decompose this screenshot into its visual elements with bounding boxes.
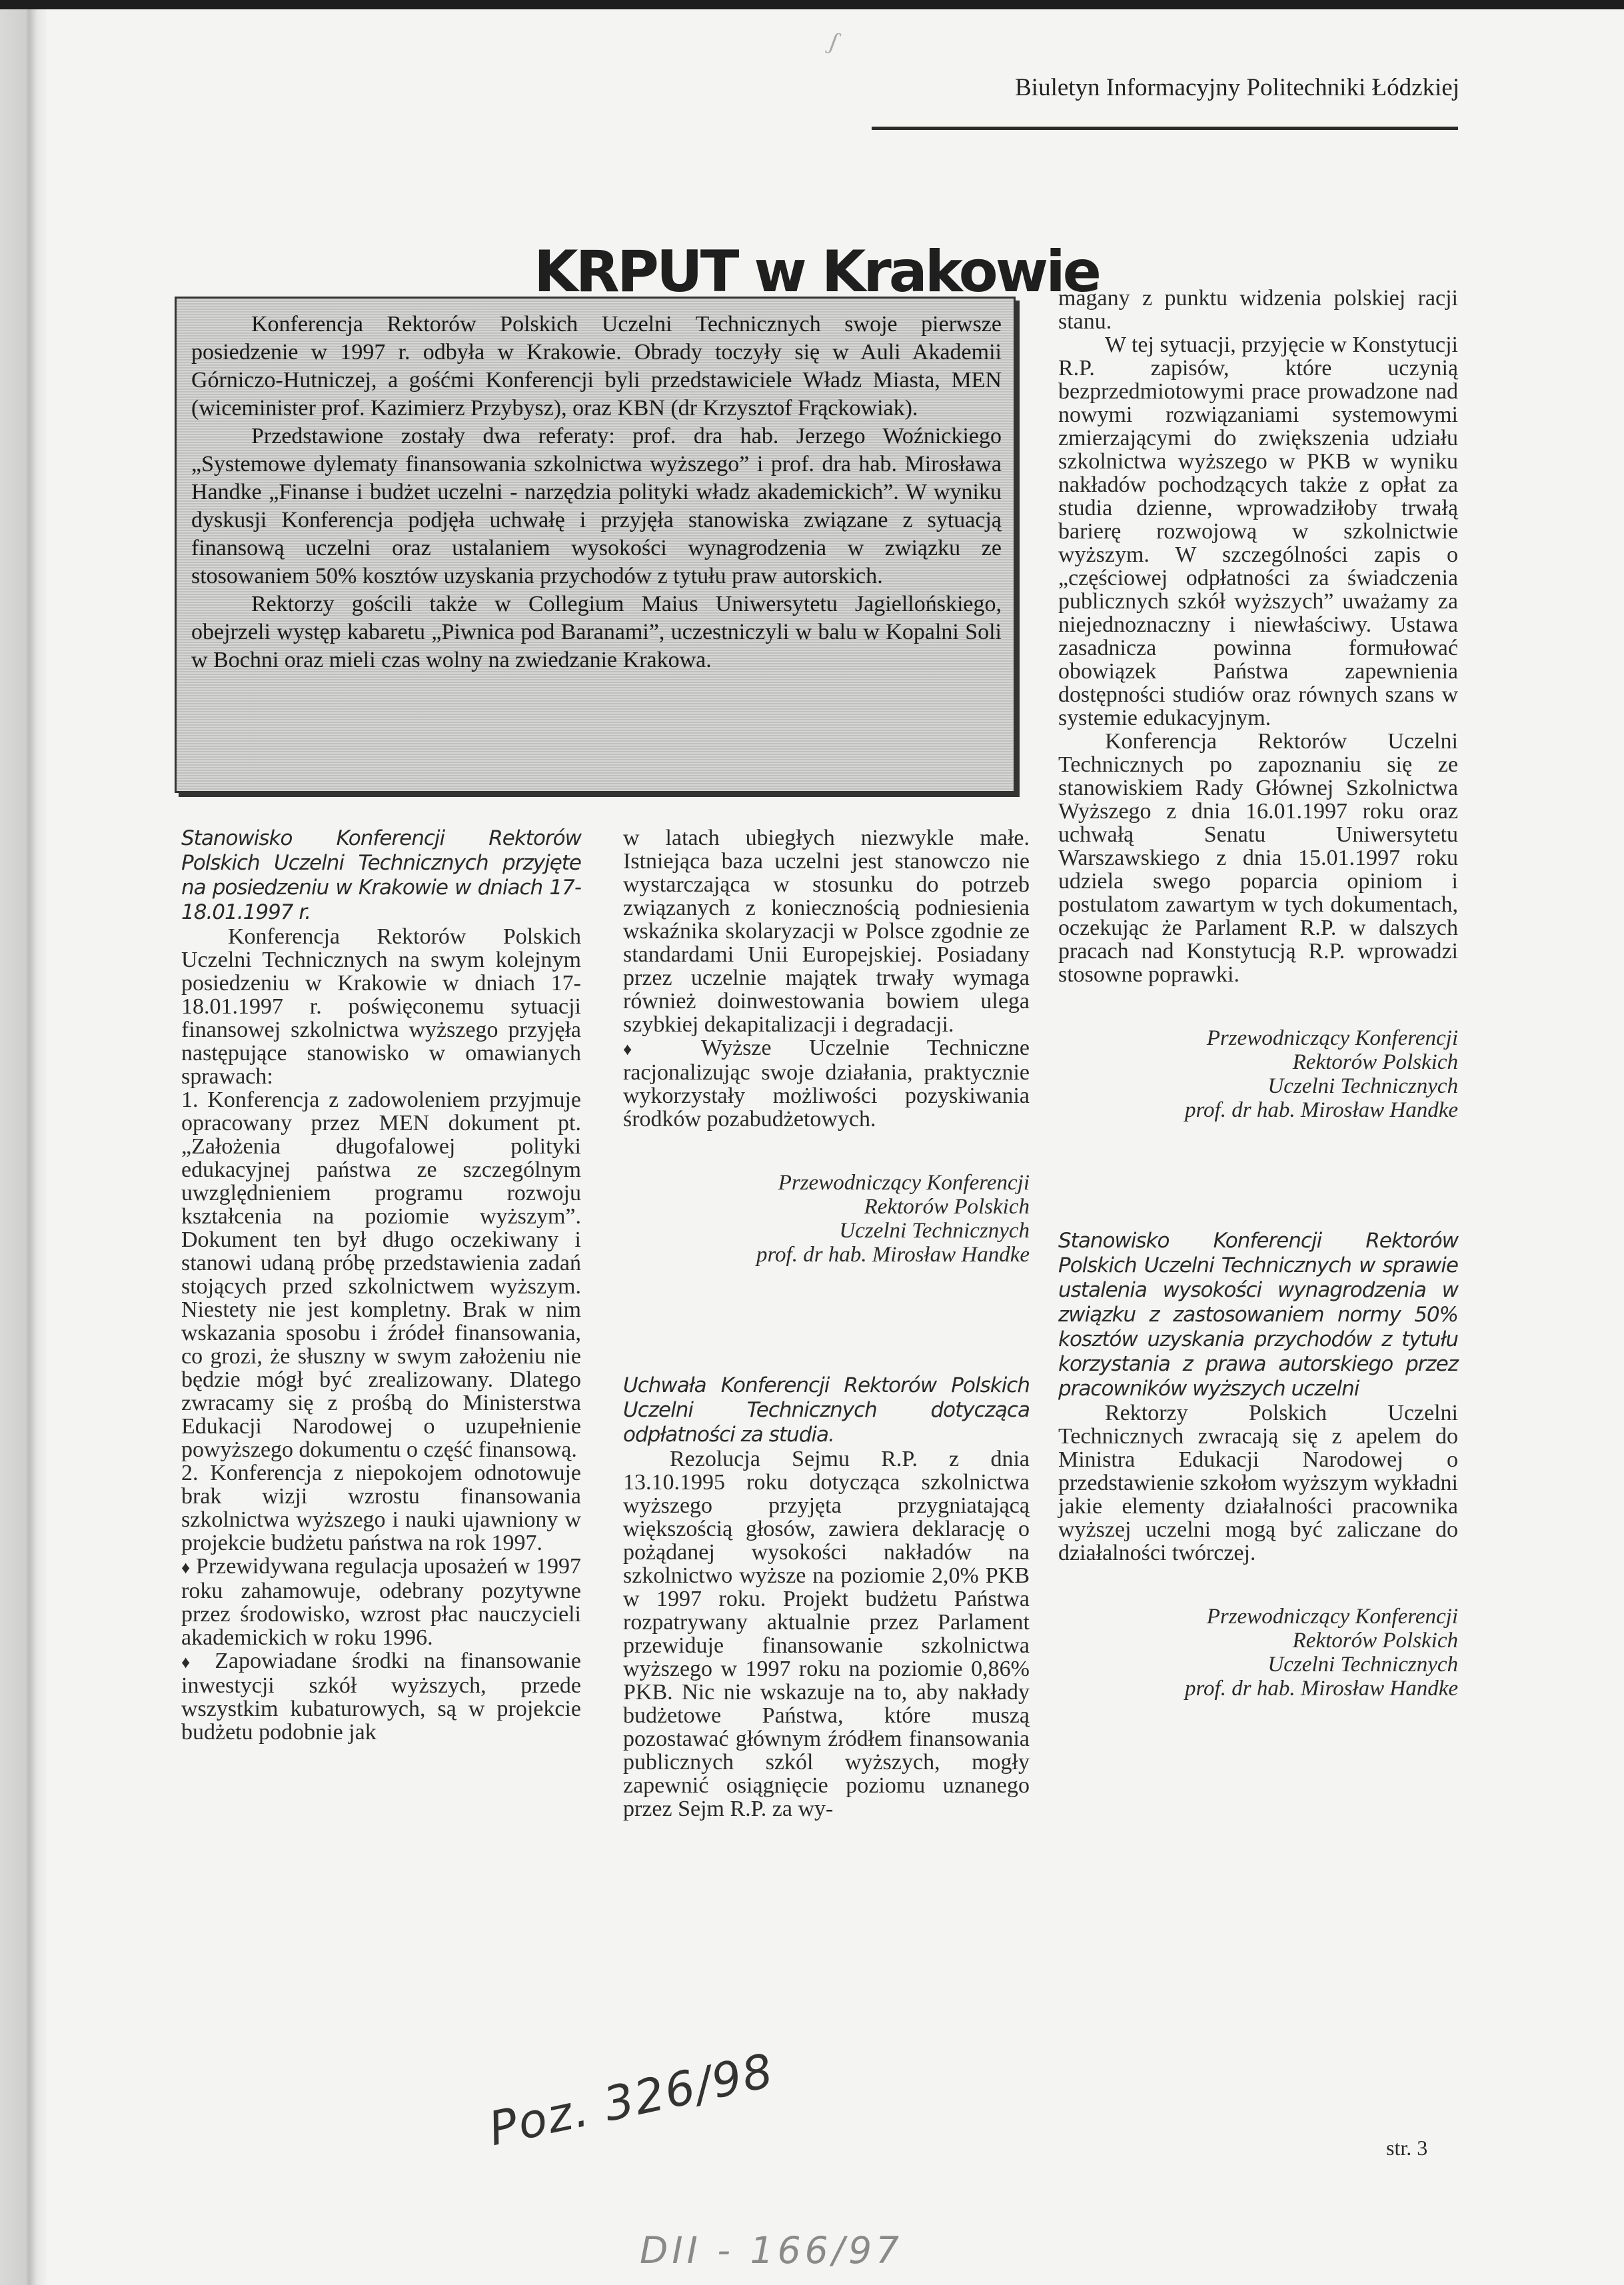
signature-block: Przewodniczący Konferencji Rektorów Pols… [1058,1026,1458,1122]
scan-top-edge [0,0,1624,9]
handwritten-pencil-note: DII - 166/97 [640,2229,903,2272]
body-paragraph: Konferencja Rektorów Polskich Uczelni Te… [181,925,581,1088]
section-heading-stanowisko: Stanowisko Konferencji Rektorów Polskich… [181,826,581,925]
lead-paragraph: Konferencja Rektorów Polskich Uczelni Te… [191,311,1002,422]
header-rule [872,127,1458,130]
lead-paragraph: Przedstawione zostały dwa referaty: prof… [191,422,1002,590]
pen-tick-mark: ʃ [825,26,843,57]
lead-box: Konferencja Rektorów Polskich Uczelni Te… [175,297,1016,793]
bullet-item: ♦ Wyższe Uczelnie Techniczne racjonalizu… [623,1036,1030,1131]
body-paragraph: Konferencja Rektorów Uczelni Technicznyc… [1058,730,1458,986]
diamond-bullet-icon: ♦ [181,1558,190,1577]
bullet-item: ♦ Zapowiadane środki na finansowanie inw… [181,1649,581,1744]
publication-header: Biuletyn Informacyjny Politechniki Łódzk… [956,73,1459,102]
body-paragraph: Rezolucja Sejmu R.P. z dnia 13.10.1995 r… [623,1447,1030,1821]
body-paragraph: Rektorzy Polskich Uczelni Technicznych z… [1058,1401,1458,1565]
lead-paragraph: Rektorzy gościli także w Collegium Maius… [191,590,1002,674]
bullet-item: ♦ Przewidywana regulacja uposażeń w 1997… [181,1555,581,1649]
section-heading-wynagrodzenie: Stanowisko Konferencji Rektorów Polskich… [1058,1229,1458,1401]
section-heading-uchwala: Uchwała Konferencji Rektorów Polskich Uc… [623,1373,1030,1447]
body-paragraph-continued: w latach ubiegłych niezwykle małe. Istni… [623,826,1030,1036]
numbered-point-1: 1. Konferencja z zadowoleniem przyjmuje … [181,1088,581,1461]
diamond-bullet-icon: ♦ [181,1653,200,1672]
numbered-point-2: 2. Konferencja z niepokojem odnotowuje b… [181,1461,581,1555]
diamond-bullet-icon: ♦ [623,1040,664,1059]
signature-block: Przewodniczący Konferencji Rektorów Pols… [1058,1605,1458,1701]
column-middle: w latach ubiegłych niezwykle małe. Istni… [623,826,1030,1821]
body-paragraph-continued: magany z punktu widzenia polskiej racji … [1058,287,1458,333]
handwritten-archive-number: Poz. 326/98 [484,2043,778,2157]
signature-block: Przewodniczący Konferencji Rektorów Pols… [623,1171,1030,1267]
column-left: Stanowisko Konferencji Rektorów Polskich… [181,826,581,1744]
column-right: magany z punktu widzenia polskiej racji … [1058,287,1458,1701]
page-number: str. 3 [1386,2136,1427,2160]
page-binding-shadow [0,0,47,2285]
body-paragraph: W tej sytuacji, przyjęcie w Konstytucji … [1058,333,1458,730]
